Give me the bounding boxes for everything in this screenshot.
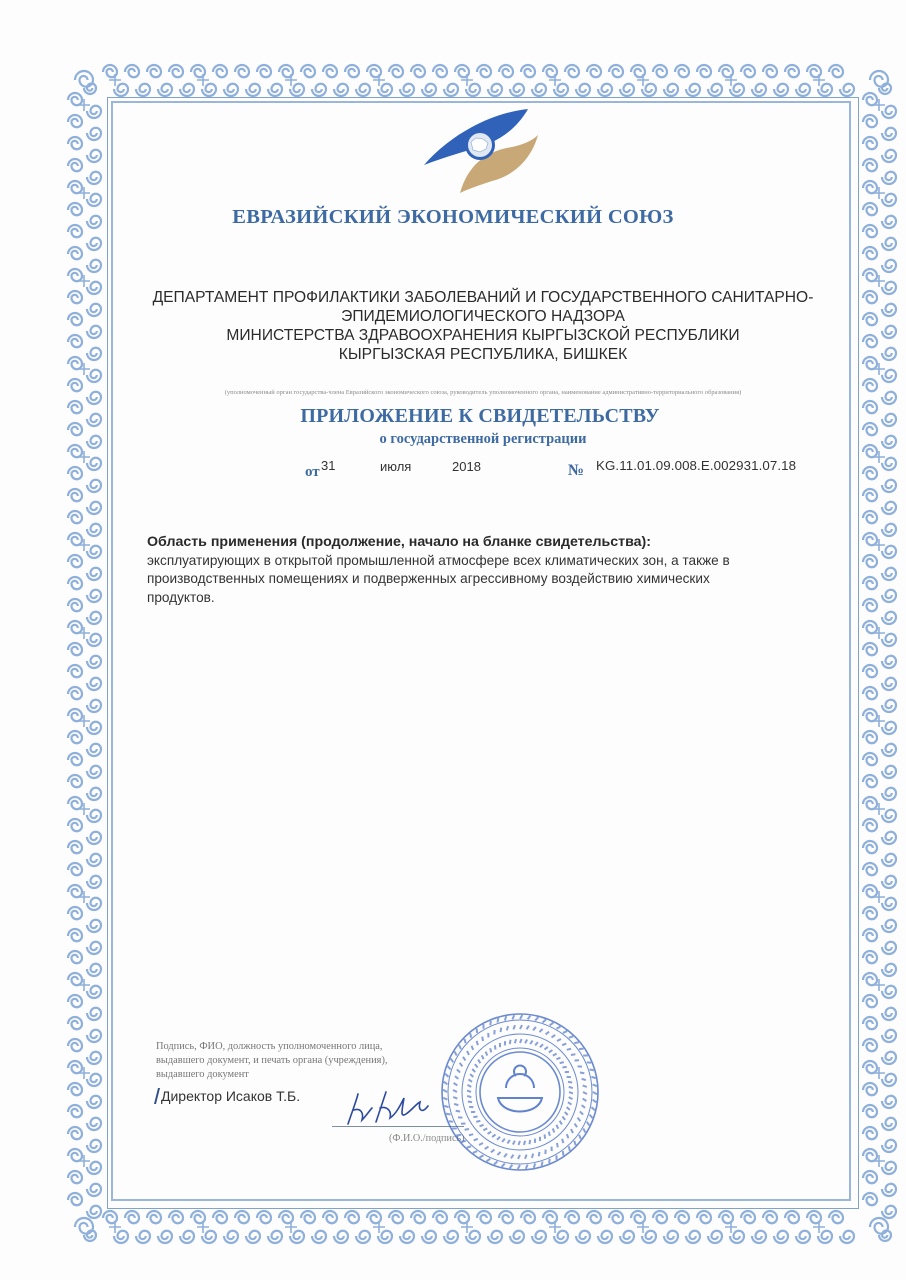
registration-date-row: от 31 июля 2018 № KG.11.01.09.008.E.0029… [0, 458, 906, 484]
scope-heading: Область применения (продолжение, начало … [147, 533, 827, 552]
round-official-stamp-icon [428, 1008, 612, 1176]
number-sign: № [568, 462, 584, 480]
signature-caption-line: выдавшего документ, и печать органа (учр… [156, 1054, 426, 1068]
department-name: ДЕПАРТАМЕНТ ПРОФИЛАКТИКИ ЗАБОЛЕВАНИЙ И Г… [120, 288, 846, 364]
signature-caption-line: выдавшего документ [156, 1068, 426, 1082]
date-month: июля [380, 459, 411, 474]
annex-subtitle: о государственной регистрации [0, 431, 906, 448]
department-line: КЫРГЫЗСКАЯ РЕСПУБЛИКА, БИШКЕК [120, 345, 846, 364]
date-day: 31 [321, 458, 335, 473]
registration-number: KG.11.01.09.008.E.002931.07.18 [596, 458, 796, 473]
union-title: ЕВРАЗИЙСКИЙ ЭКОНОМИЧЕСКИЙ СОЮЗ [0, 206, 906, 229]
scope-section: Область применения (продолжение, начало … [147, 533, 827, 607]
date-year: 2018 [452, 459, 481, 474]
signer-name: Директор Исаков Т.Б. [156, 1088, 300, 1104]
annex-title: ПРИЛОЖЕНИЕ К СВИДЕТЕЛЬСТВУ [0, 405, 906, 428]
department-line: ДЕПАРТАМЕНТ ПРОФИЛАКТИКИ ЗАБОЛЕВАНИЙ И Г… [120, 288, 846, 307]
date-prefix: от [305, 464, 320, 481]
signer-text: Директор Исаков Т.Б. [161, 1088, 300, 1104]
certificate-annex-page: ЕВРАЗИЙСКИЙ ЭКОНОМИЧЕСКИЙ СОЮЗ ДЕПАРТАМЕ… [0, 0, 906, 1280]
scope-line: продуктов. [147, 589, 827, 607]
scope-line: эксплуатирующих в открытой промышленной … [147, 552, 827, 570]
signature-caption: Подпись, ФИО, должность уполномоченного … [156, 1040, 426, 1082]
department-line: ЭПИДЕМИОЛОГИЧЕСКОГО НАДЗОРА [120, 307, 846, 326]
scope-text: эксплуатирующих в открытой промышленной … [147, 552, 827, 607]
signature-caption-line: Подпись, ФИО, должность уполномоченного … [156, 1040, 426, 1054]
eaeu-logo-icon [420, 95, 540, 195]
authority-caption: (уполномоченный орган государства-члена … [140, 389, 826, 396]
department-line: МИНИСТЕРСТВА ЗДРАВООХРАНЕНИЯ КЫРГЫЗСКОЙ … [120, 326, 846, 345]
scope-line: производственных помещениях и подверженн… [147, 570, 827, 588]
